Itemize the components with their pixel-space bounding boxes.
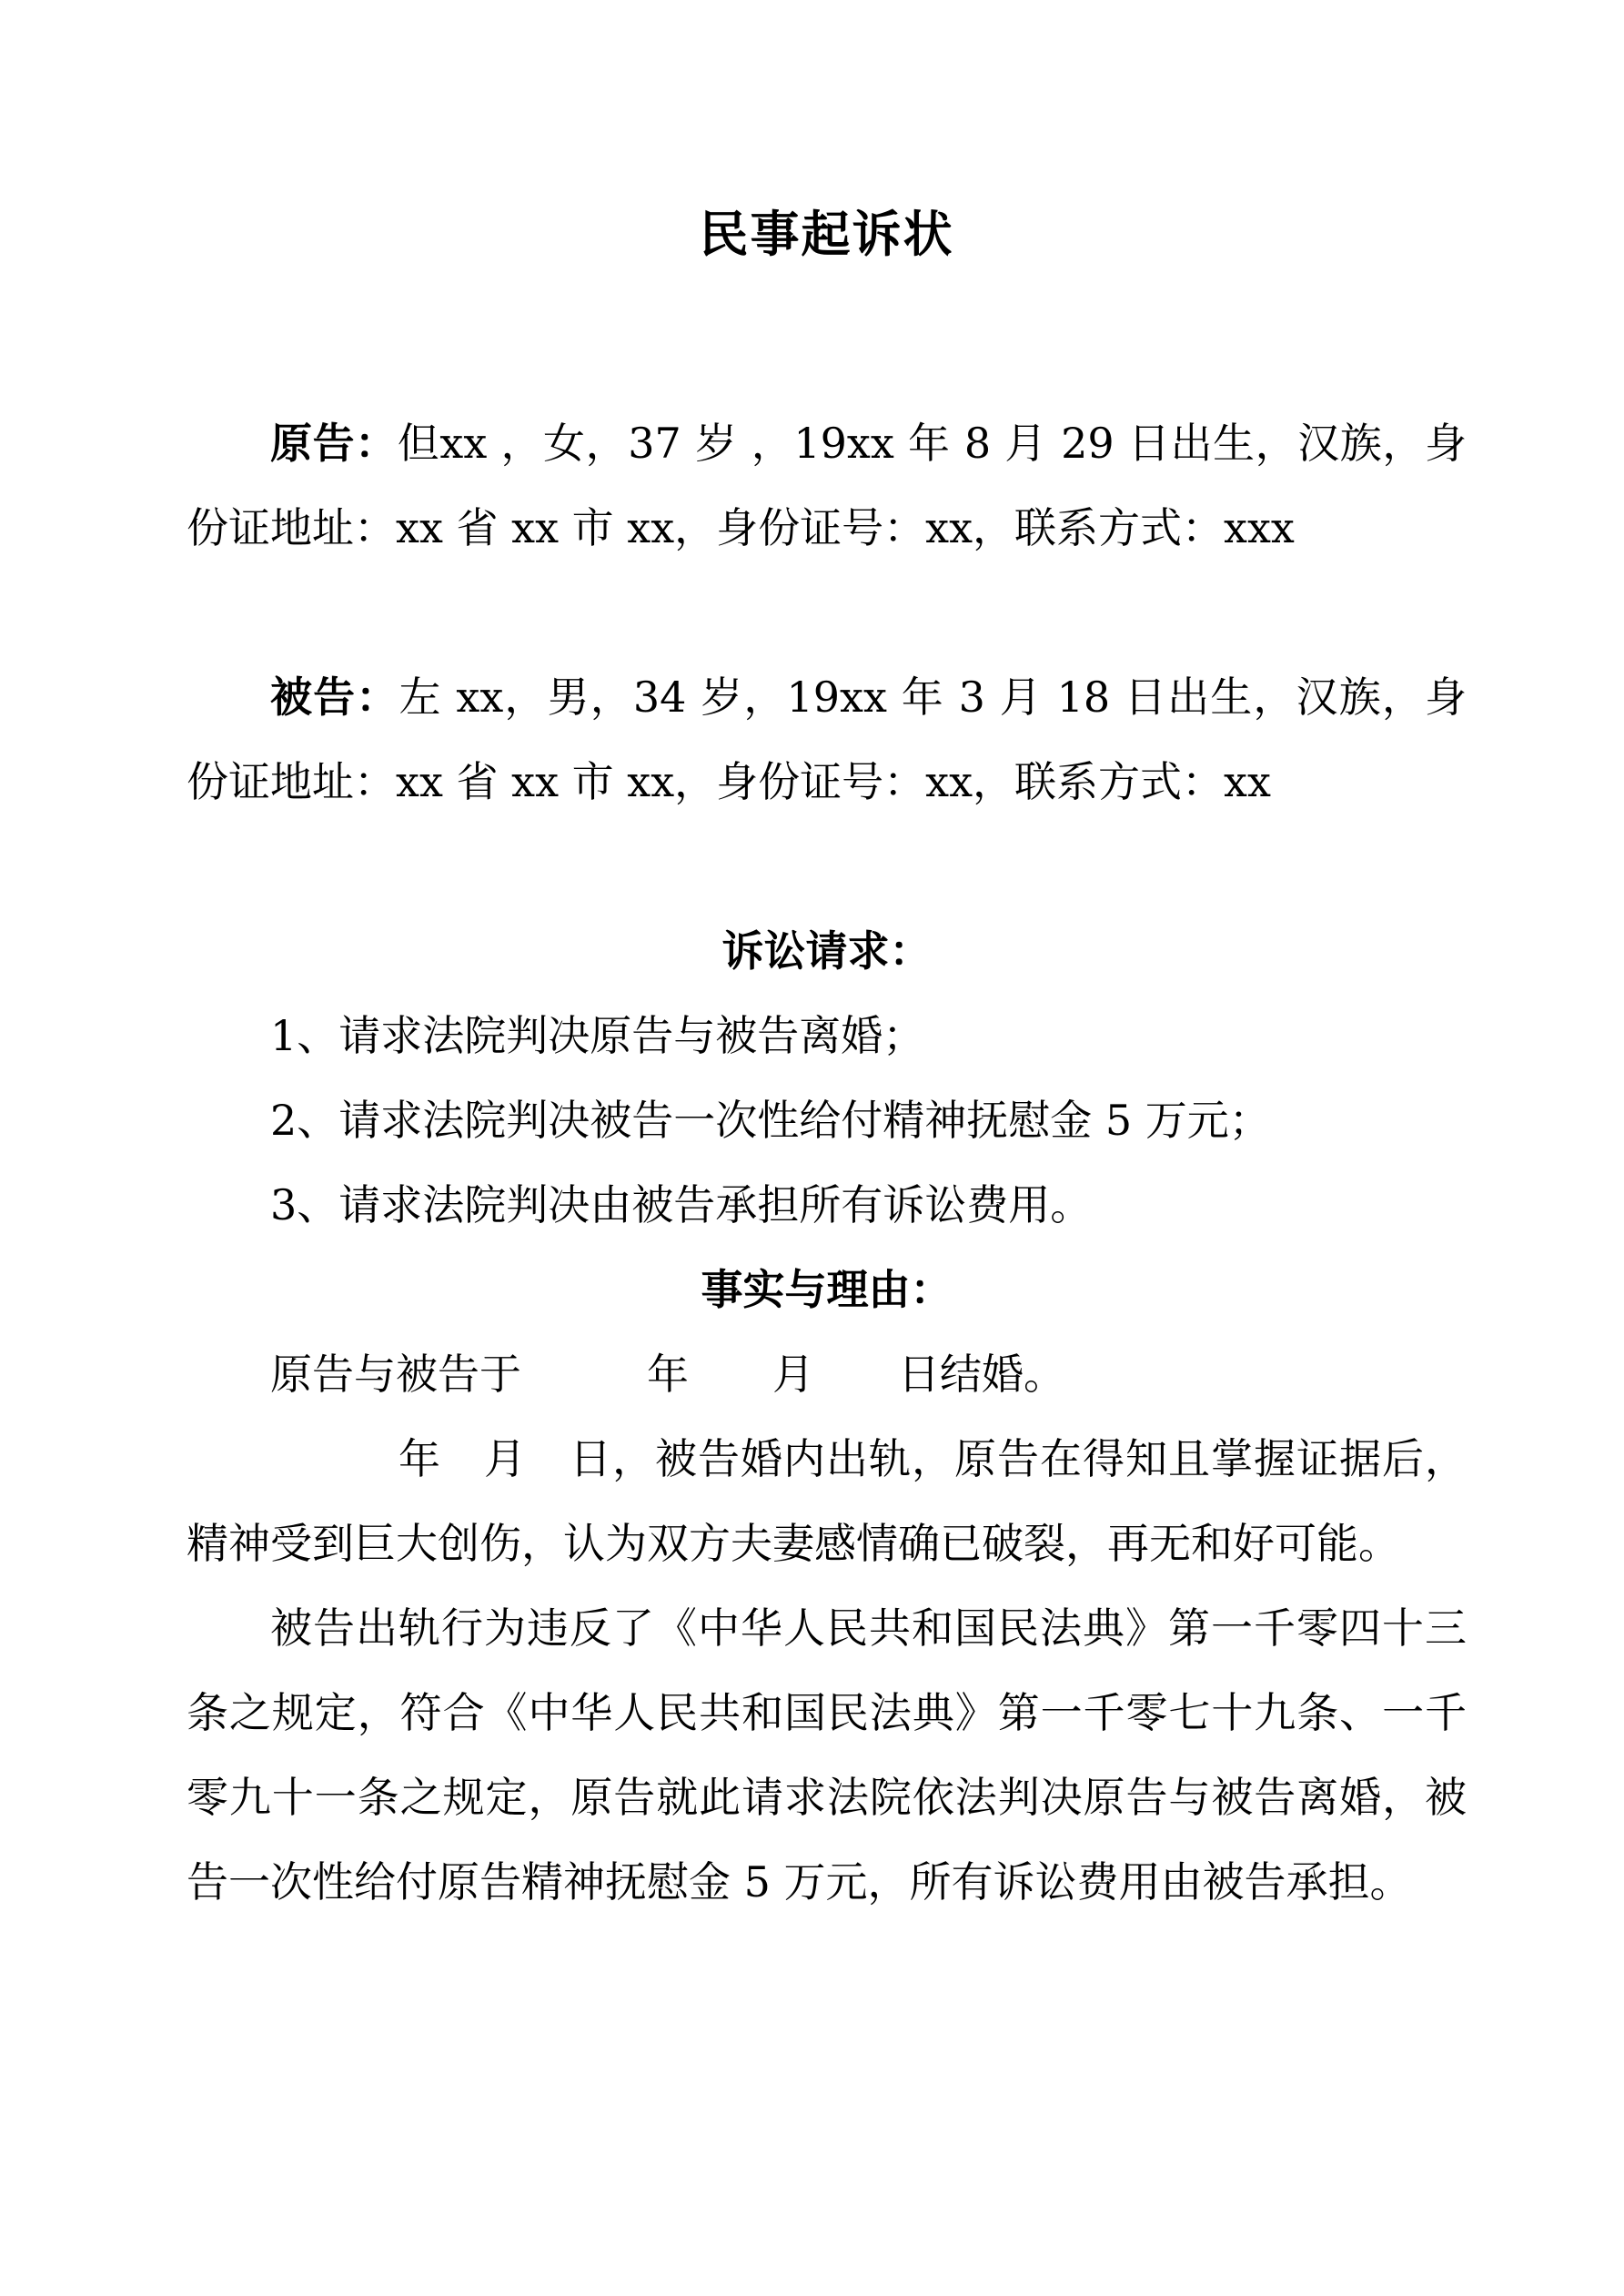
facts-heading: 事实与理由： xyxy=(187,1248,1467,1332)
defendant-label: 被告： xyxy=(270,673,398,722)
claim-item-2: 2、请求法院判决被告一次性给付精神抚慰金 5 万元； xyxy=(187,1078,1467,1163)
fact-paragraph-marriage-date: 原告与被告于 年 月 日结婚。 xyxy=(187,1332,1467,1417)
claims-heading: 诉讼请求： xyxy=(187,909,1467,994)
defendant-paragraph: 被告：左 xx，男，34 岁，19xx 年 3 月 18 日出生，汉族，身份证地… xyxy=(187,655,1467,824)
document-page: 民事起诉状 原告：但xx ，女，37 岁 ，19xx 年 8 月 29 日出生，… xyxy=(0,0,1624,2296)
plaintiff-paragraph: 原告：但xx ，女，37 岁 ，19xx 年 8 月 29 日出生，汉族，身份证… xyxy=(187,401,1467,571)
fact-paragraph-legal-basis: 被告出轨行为违反了《中华人民共和国民法典》第一千零四十三条之规定，符合《中华人民… xyxy=(187,1586,1467,1925)
plaintiff-label: 原告： xyxy=(270,419,398,468)
fact-paragraph-affair: 年 月 日，被告婚内出轨，原告在得知且掌握证据后，精神受到巨大创伤，认为双方夫妻… xyxy=(187,1417,1467,1586)
document-title: 民事起诉状 xyxy=(187,209,1467,258)
claim-item-3: 3、请求法院判决由被告承担所有诉讼费用。 xyxy=(187,1163,1467,1248)
claim-item-1: 1、请求法院判决原告与被告离婚； xyxy=(187,994,1467,1078)
